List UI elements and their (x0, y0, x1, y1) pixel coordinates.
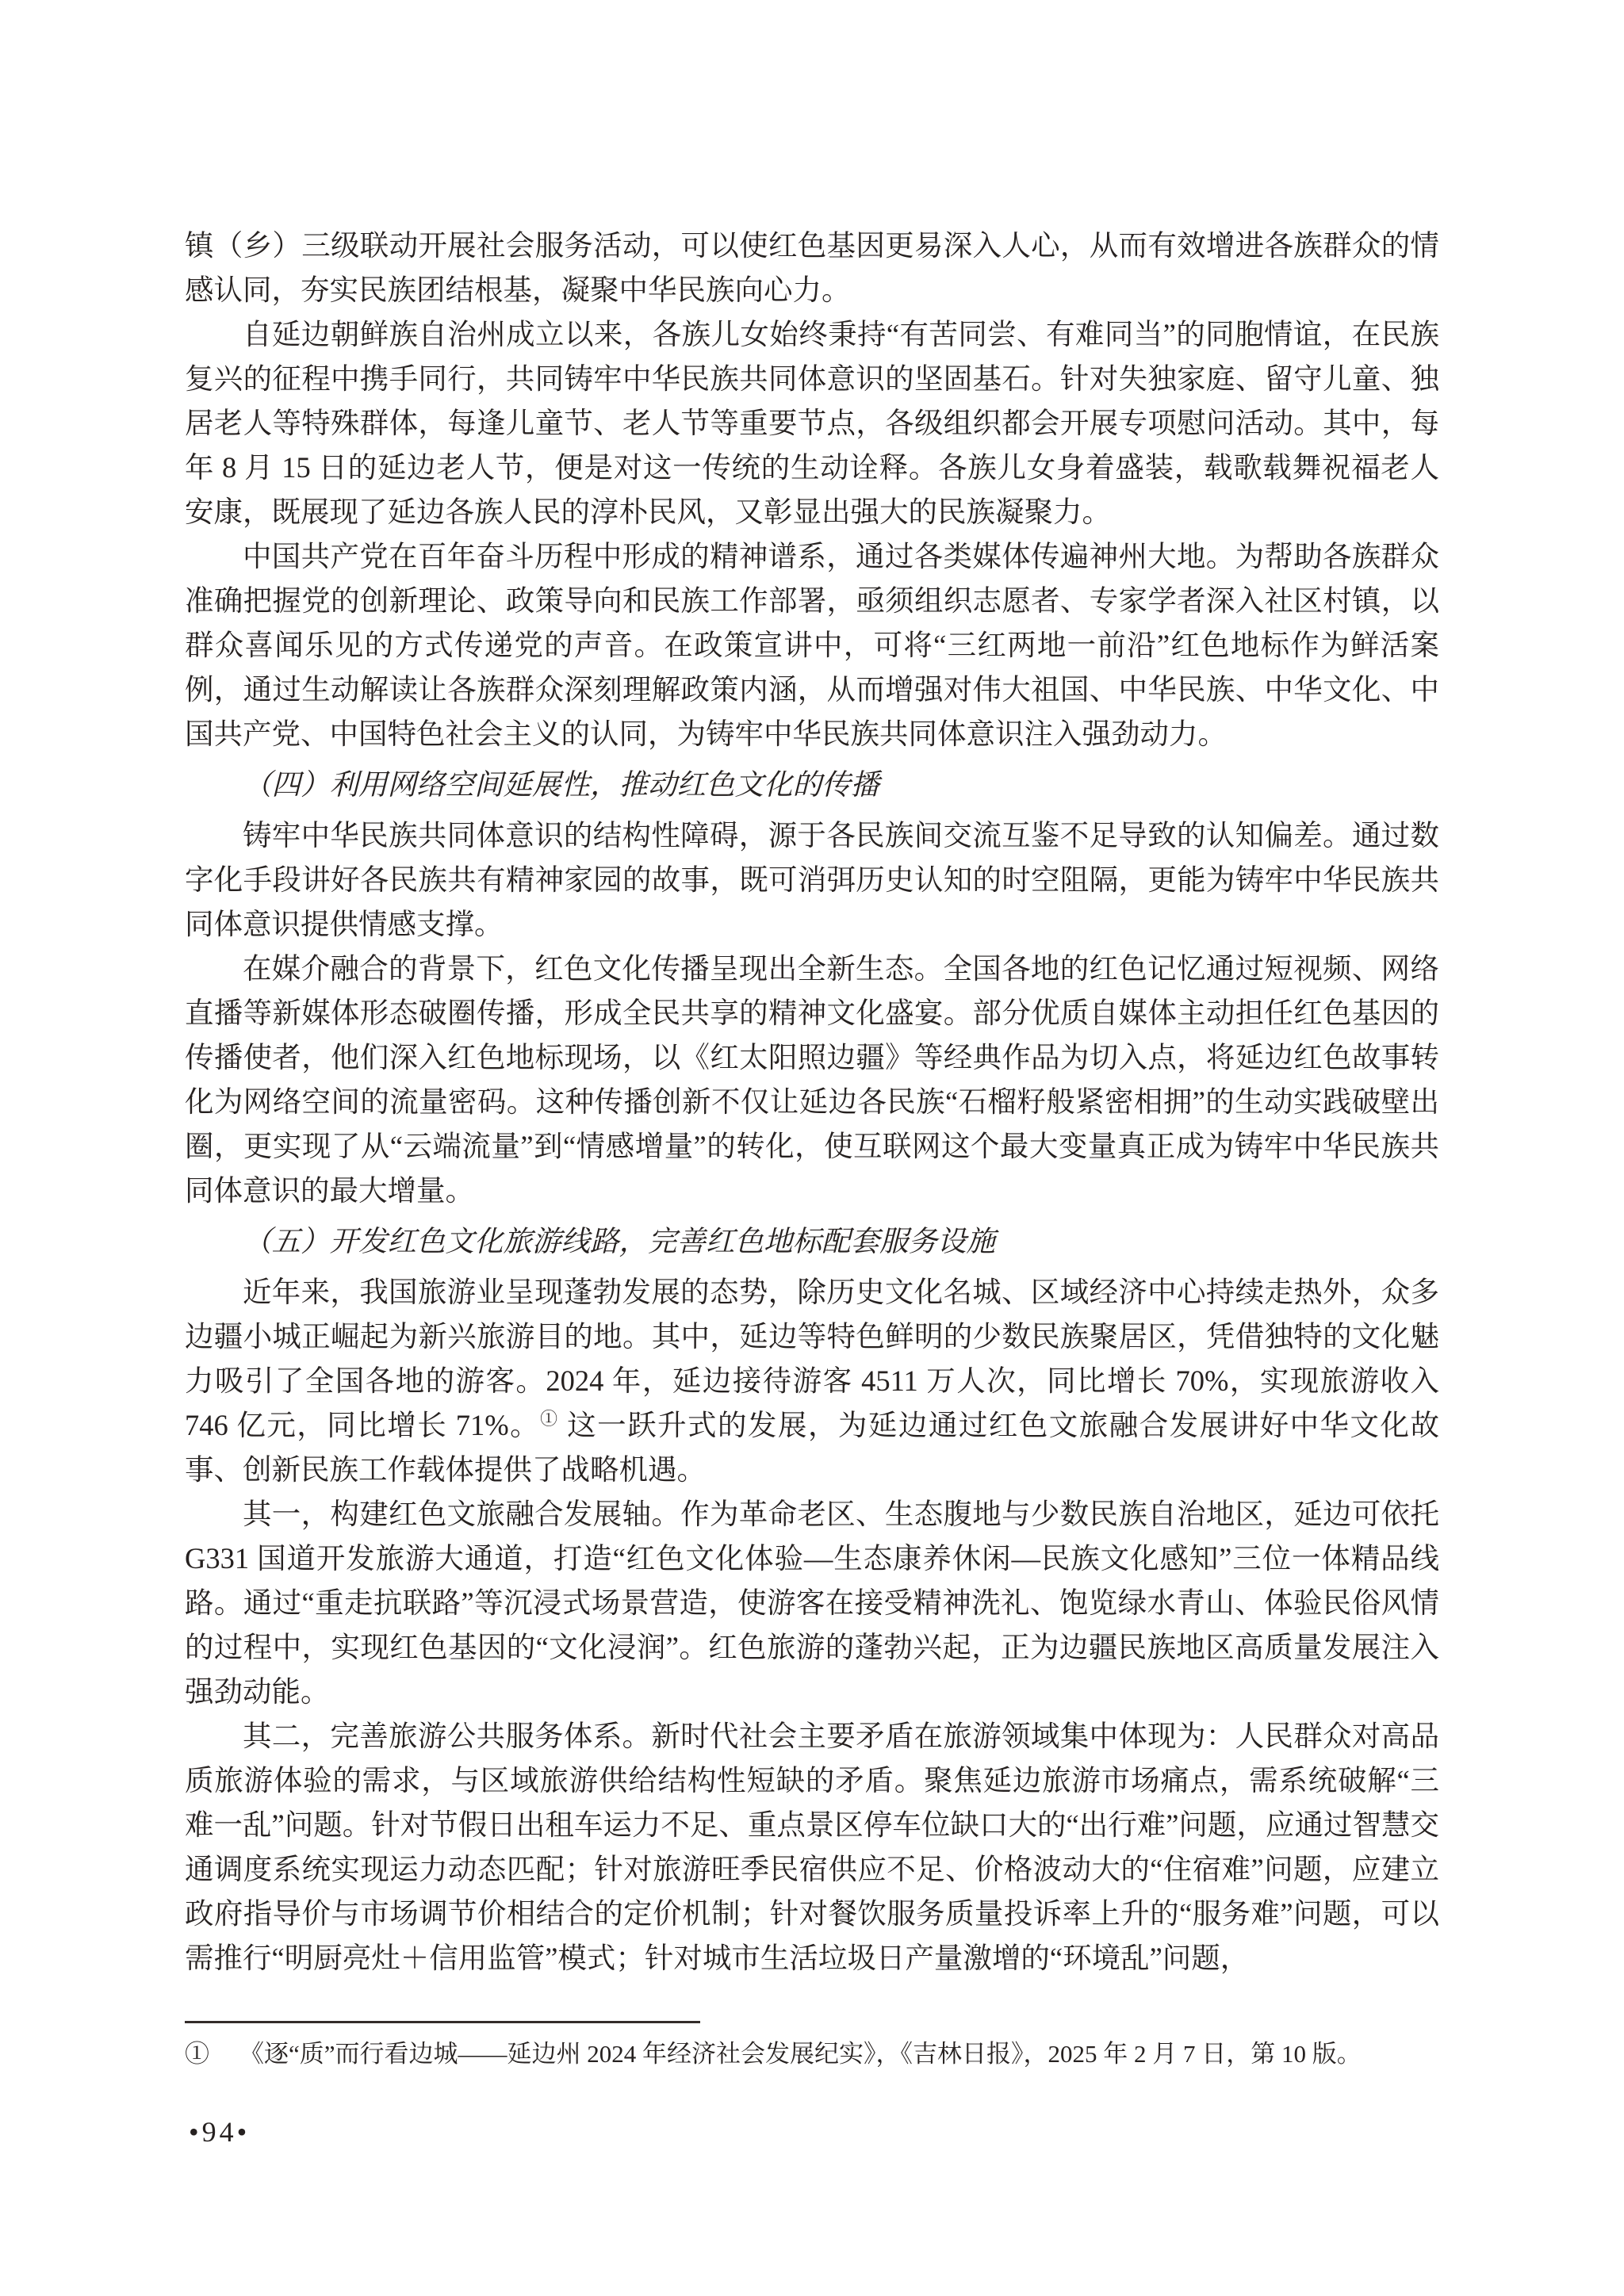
footnote-divider (185, 2021, 700, 2023)
page-body-text: 镇（乡）三级联动开展社会服务活动，可以使红色基因更易深入人心，从而有效增进各族群… (185, 224, 1439, 1980)
paragraph: 其一，构建红色文旅融合发展轴。作为革命老区、生态腹地与少数民族自治地区，延边可依… (185, 1492, 1439, 1714)
section-heading: （四）利用网络空间延展性，推动红色文化的传播 (185, 763, 1439, 807)
text-run: （四）利用网络空间延展性，推动红色文化的传播 (243, 768, 879, 801)
paragraph: 自延边朝鲜族自治州成立以来，各族儿女始终秉持“有苦同尝、有难同当”的同胞情谊，在… (185, 312, 1439, 534)
paragraph: 铸牢中华民族共同体意识的结构性障碍，源于各民族间交流互鉴不足导致的认知偏差。通过… (185, 813, 1439, 947)
paragraph: 镇（乡）三级联动开展社会服务活动，可以使红色基因更易深入人心，从而有效增进各族群… (185, 224, 1439, 312)
footnote: ①《逐“质”而行看边城——延边州 2024 年经济社会发展纪实》，《吉林日报》，… (185, 2036, 1439, 2072)
text-run: 在媒介融合的背景下，红色文化传播呈现出全新生态。全国各地的红色记忆通过短视频、网… (185, 952, 1439, 1207)
paragraph: 近年来，我国旅游业呈现蓬勃发展的态势，除历史文化名城、区域经济中心持续走热外，众… (185, 1270, 1439, 1492)
paragraph: 中国共产党在百年奋斗历程中形成的精神谱系，通过各类媒体传遍神州大地。为帮助各族群… (185, 534, 1439, 756)
footnote-marker: ① (185, 2036, 209, 2072)
text-run: （五）开发红色文化旅游线路，完善红色地标配套服务设施 (243, 1225, 995, 1257)
paragraph: 其二，完善旅游公共服务体系。新时代社会主要矛盾在旅游领域集中体现为：人民群众对高… (185, 1714, 1439, 1980)
page-number: •94• (189, 2115, 250, 2149)
text-run: 铸牢中华民族共同体意识的结构性障碍，源于各民族间交流互鉴不足导致的认知偏差。通过… (185, 819, 1439, 940)
text-run: 镇（乡）三级联动开展社会服务活动，可以使红色基因更易深入人心，从而有效增进各族群… (185, 229, 1439, 306)
document-page: 镇（乡）三级联动开展社会服务活动，可以使红色基因更易深入人心，从而有效增进各族群… (0, 0, 1624, 2296)
paragraph: 在媒介融合的背景下，红色文化传播呈现出全新生态。全国各地的红色记忆通过短视频、网… (185, 947, 1439, 1213)
text-run: 中国共产党在百年奋斗历程中形成的精神谱系，通过各类媒体传遍神州大地。为帮助各族群… (185, 540, 1439, 750)
text-run: 其二，完善旅游公共服务体系。新时代社会主要矛盾在旅游领域集中体现为：人民群众对高… (185, 1720, 1439, 1974)
footnote-text: 《逐“质”而行看边城——延边州 2024 年经济社会发展纪实》，《吉林日报》，2… (239, 2040, 1362, 2068)
text-run: 自延边朝鲜族自治州成立以来，各族儿女始终秉持“有苦同尝、有难同当”的同胞情谊，在… (185, 318, 1439, 528)
footnote-ref-superscript: ① (540, 1409, 558, 1429)
text-run: 其一，构建红色文旅融合发展轴。作为革命老区、生态腹地与少数民族自治地区，延边可依… (185, 1498, 1439, 1708)
section-heading: （五）开发红色文化旅游线路，完善红色地标配套服务设施 (185, 1219, 1439, 1264)
